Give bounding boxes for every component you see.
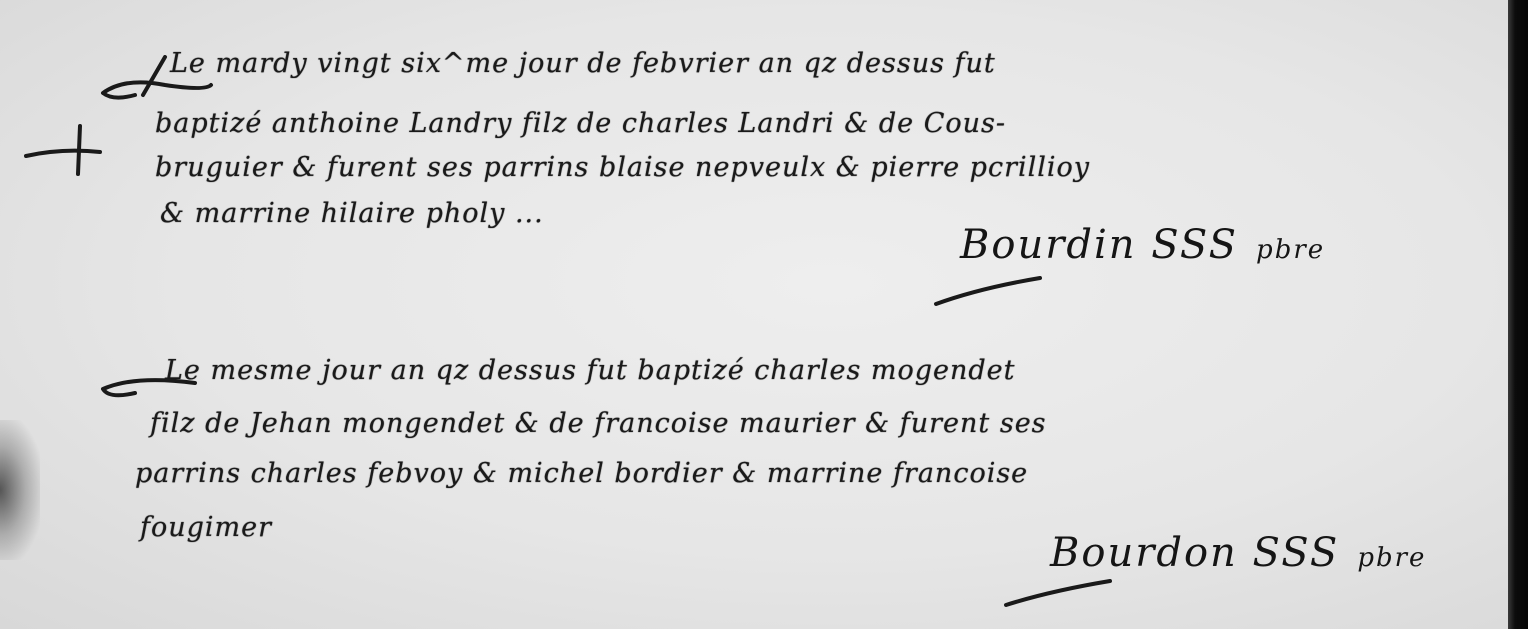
entry-2-line-2: filz de Jehan mongendet & de francoise m…: [150, 408, 1047, 439]
entry-1-line-1: Le mardy vingt six^me jour de febvrier a…: [170, 48, 996, 79]
entry-2-signature: Bourdon SSSpbre: [1050, 530, 1426, 576]
margin-cross-icon: [22, 118, 102, 178]
entry-2-line-3: parrins charles febvoy & michel bordier …: [135, 458, 1028, 489]
entry-1-line-3: bruguier & furent ses parrins blaise nep…: [155, 152, 1090, 183]
signature-flourish: [1000, 575, 1120, 615]
register-page: Le mardy vingt six^me jour de febvrier a…: [0, 0, 1508, 629]
entry-1-line-2: baptizé anthoine Landry filz de charles …: [155, 108, 1006, 139]
signature-flourish: [930, 270, 1050, 310]
entry-2-line-4: fougimer: [140, 512, 272, 543]
entry-2-line-1: Le mesme jour an qz dessus fut baptizé c…: [165, 355, 1016, 386]
entry-1-line-4: & marrine hilaire pholy ...: [160, 198, 544, 229]
page-edge-shadow: [0, 420, 40, 560]
signature-name: Bourdin SSS: [960, 222, 1238, 268]
book-binding-edge: [1508, 0, 1528, 629]
signature-name: Bourdon SSS: [1050, 530, 1339, 576]
entry-1-signature: Bourdin SSSpbre: [960, 222, 1325, 268]
signature-suffix: pbre: [1256, 235, 1325, 265]
signature-suffix: pbre: [1357, 543, 1426, 573]
